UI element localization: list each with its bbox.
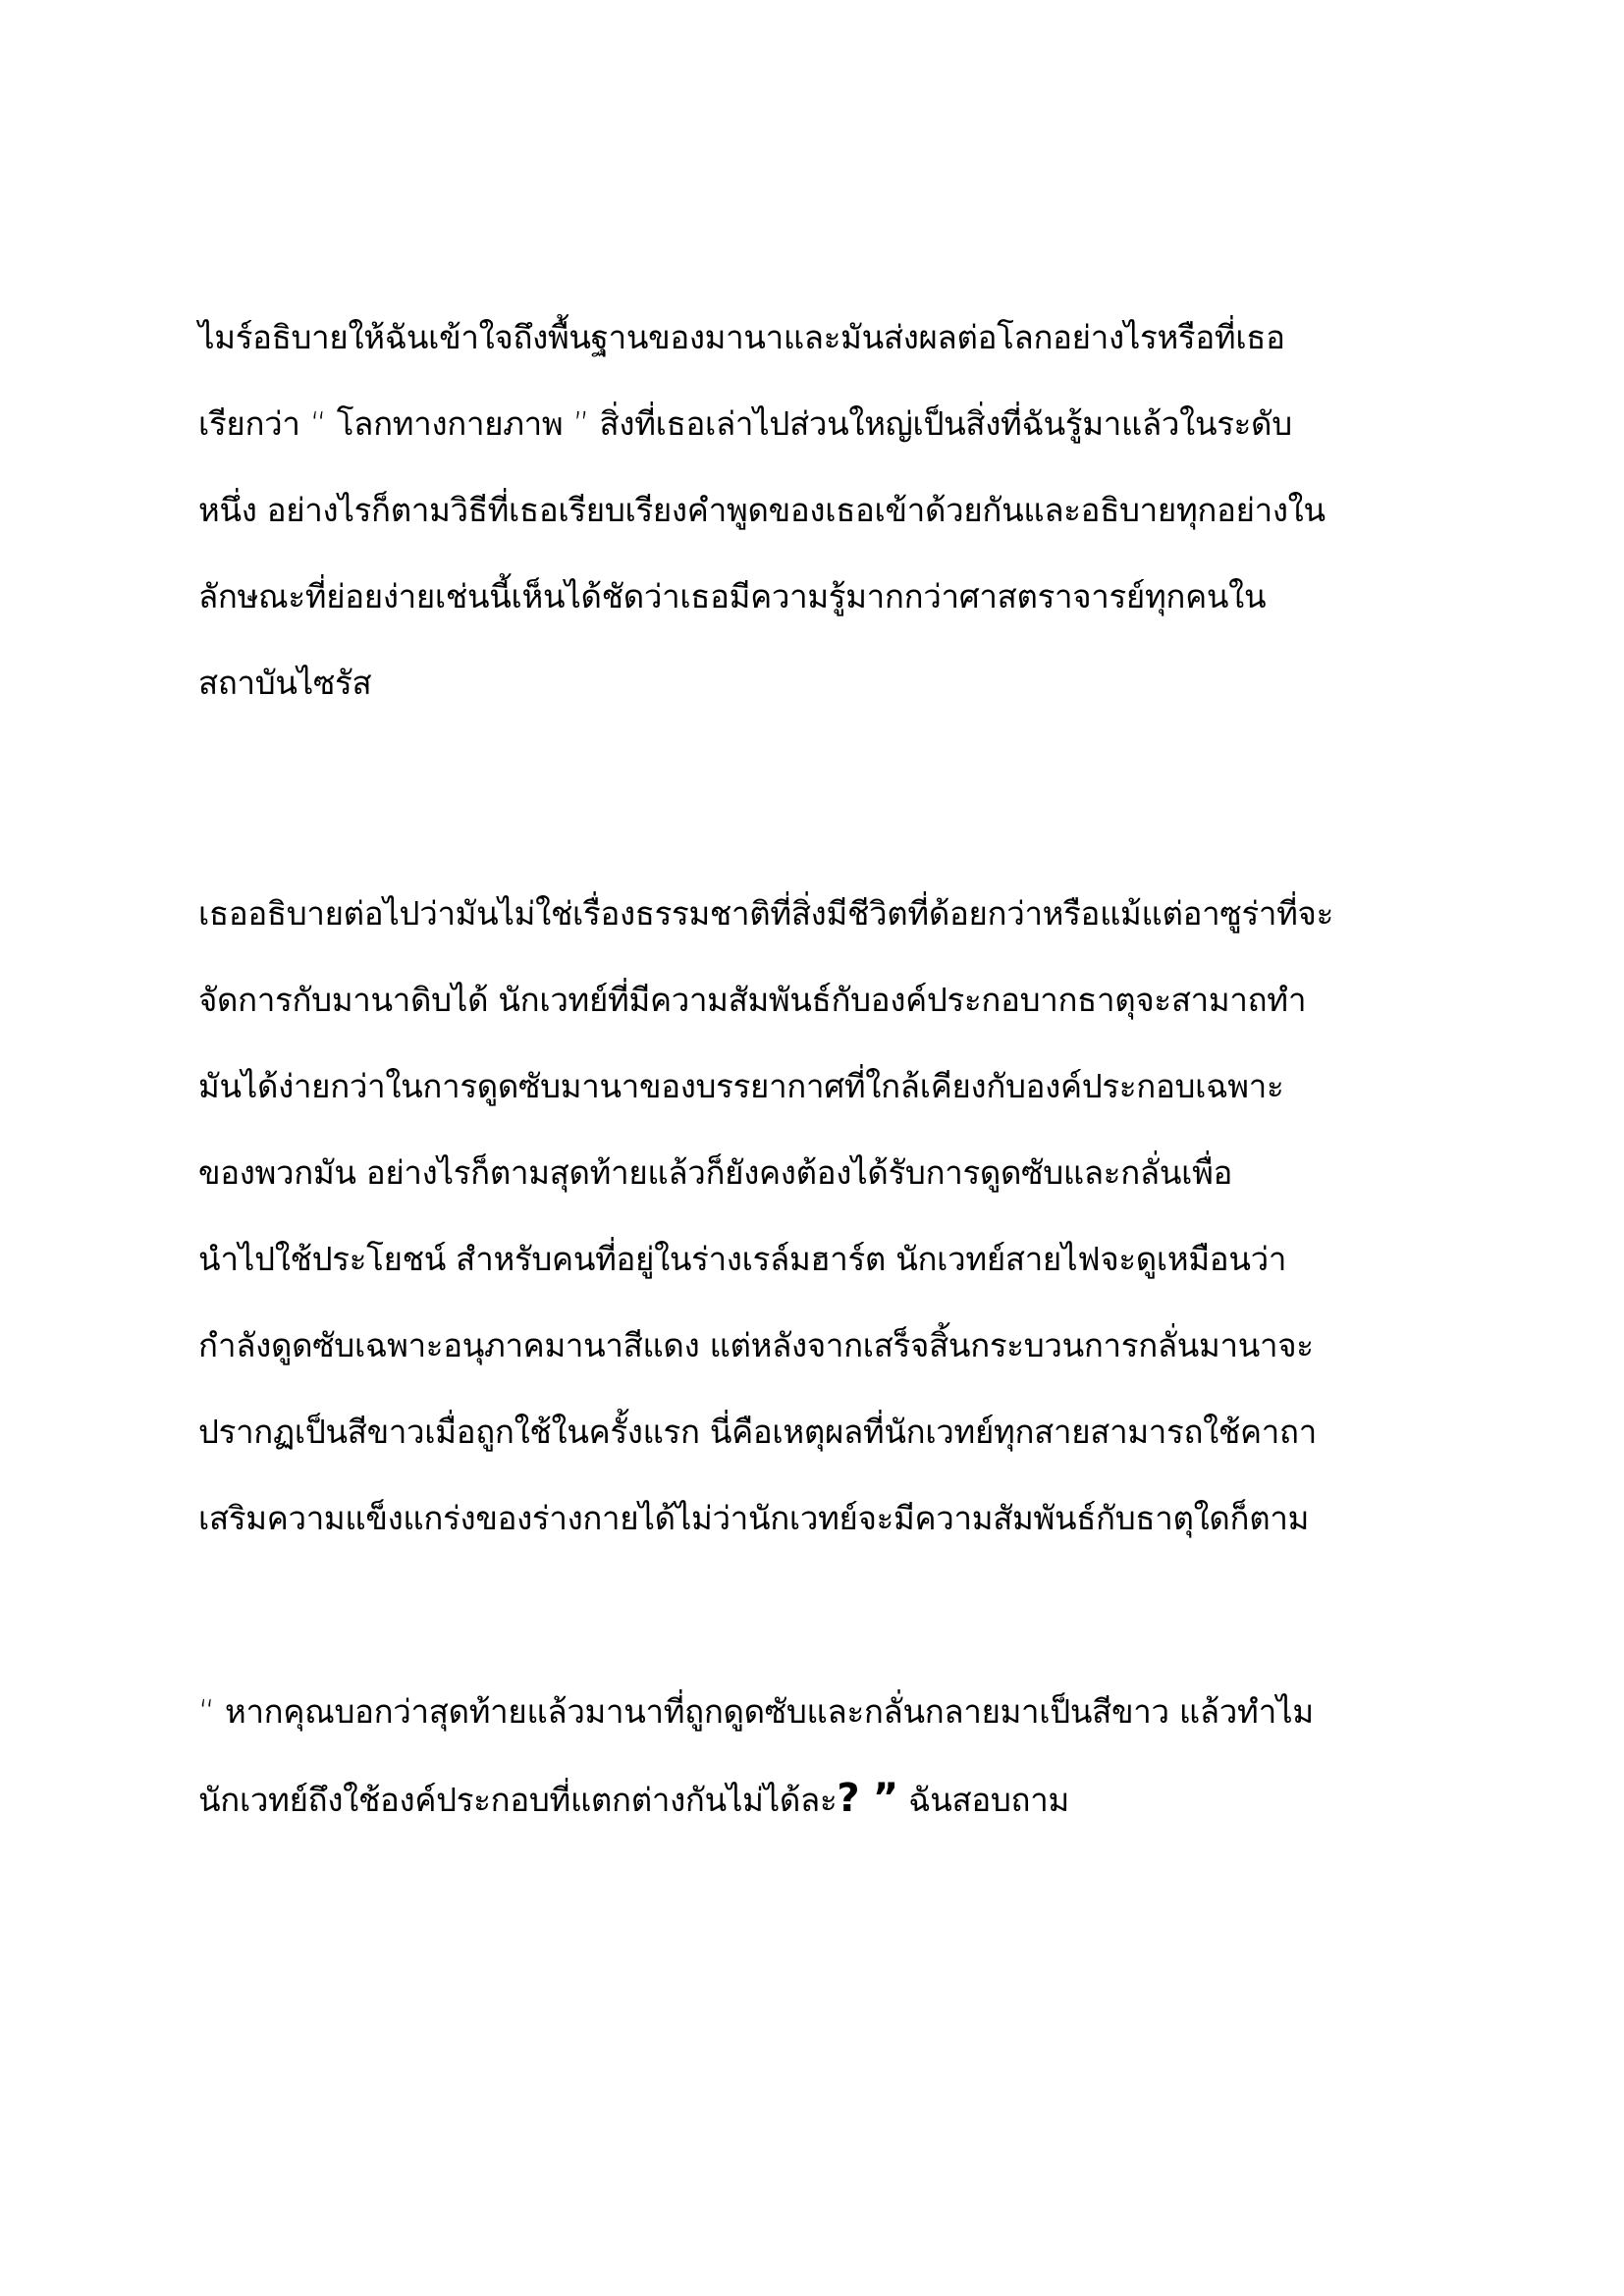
text-line: ลักษณะที่ย่อยง่ายเช่นนี้เห็นได้ชัดว่าเธอ… bbox=[198, 554, 1475, 640]
question-mark-quote: ? ” bbox=[837, 1776, 898, 1821]
text-line: สถาบันไซรัส bbox=[198, 640, 1475, 726]
text-line: ไมร์อธิบายให้ฉันเข้าใจถึงพื้นฐานของมานาแ… bbox=[198, 294, 1475, 381]
paragraph-mana-basics: ไมร์อธิบายให้ฉันเข้าใจถึงพื้นฐานของมานาแ… bbox=[198, 294, 1475, 726]
dialogue-tag: ฉันสอบถาม bbox=[898, 1781, 1069, 1819]
text-line: เรียกว่า “ โลกทางกายภาพ ” สิ่งที่เธอเล่า… bbox=[198, 381, 1475, 467]
paragraph-dialogue-question: “ หากคุณบอกว่าสุดท้ายแล้วมานาที่ถูกดูดซั… bbox=[198, 1669, 1475, 1842]
text-line: ของพวกมัน อย่างไรก็ตามสุดท้ายแล้วก็ยังคง… bbox=[198, 1130, 1475, 1216]
dialogue-text: นักเวทย์ถึงใช้องค์ประกอบที่แตกต่างกันไม่… bbox=[198, 1781, 837, 1819]
text-line: “ หากคุณบอกว่าสุดท้ายแล้วมานาที่ถูกดูดซั… bbox=[198, 1669, 1475, 1755]
text-line: นำไปใช้ประโยชน์ สำหรับคนที่อยู่ในร่างเรล… bbox=[198, 1216, 1475, 1303]
text-line: มันได้ง่ายกว่าในการดูดซับมานาของบรรยากาศ… bbox=[198, 1043, 1475, 1130]
text-line: เสริมความแข็งแกร่งของร่างกายได้ไม่ว่านัก… bbox=[198, 1475, 1475, 1562]
document-page: ไมร์อธิบายให้ฉันเข้าใจถึงพื้นฐานของมานาแ… bbox=[0, 0, 1624, 2296]
text-line: ปรากฏเป็นสีขาวเมื่อถูกใช้ในครั้งแรก นี่ค… bbox=[198, 1389, 1475, 1475]
text-line: จัดการกับมานาดิบได้ นักเวทย์ที่มีความสัม… bbox=[198, 957, 1475, 1043]
text-line: กำลังดูดซับเฉพาะอนุภาคมานาสีแดง แต่หลังจ… bbox=[198, 1303, 1475, 1389]
paragraph-mana-absorption: เธออธิบายต่อไปว่ามันไม่ใช่เรื่องธรรมชาติ… bbox=[198, 871, 1475, 1562]
text-line: เธออธิบายต่อไปว่ามันไม่ใช่เรื่องธรรมชาติ… bbox=[198, 871, 1475, 957]
text-line-final: นักเวทย์ถึงใช้องค์ประกอบที่แตกต่างกันไม่… bbox=[198, 1755, 1475, 1842]
text-line: หนึ่ง อย่างไรก็ตามวิธีที่เธอเรียบเรียงคำ… bbox=[198, 467, 1475, 554]
